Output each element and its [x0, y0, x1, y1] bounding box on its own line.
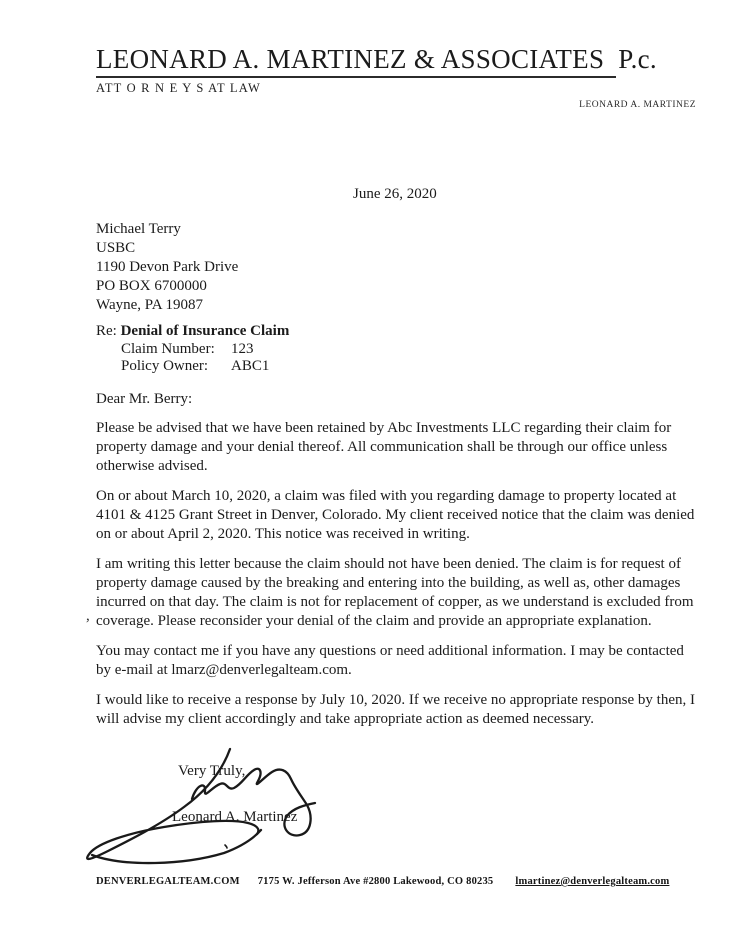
paragraph-denial-wrapper: , I am writing this letter because the c… [96, 555, 696, 631]
subject-re-line: Re: Denial of Insurance Claim [96, 323, 696, 341]
claim-number-label: Claim Number: [121, 341, 231, 359]
valediction: Very Truly, [178, 763, 245, 780]
firm-name-underlined: LEONARD A. MARTINEZ & ASSOCIATES [96, 44, 616, 78]
recipient-city-state-zip: Wayne, PA 19087 [96, 296, 696, 315]
footer-website: DENVERLEGALTEAM.COM [96, 876, 240, 887]
letterhead-attorney-name: LEONARD A. MARTINEZ [96, 100, 696, 110]
recipient-company: USBC [96, 239, 696, 258]
recipient-pobox: PO BOX 6700000 [96, 277, 696, 296]
paragraph-denial-reason: I am writing this letter because the cla… [96, 555, 696, 631]
claim-number-value: 123 [231, 341, 254, 357]
paragraph-response-deadline: I would like to receive a response by Ju… [96, 691, 696, 729]
recipient-street: 1190 Devon Park Drive [96, 258, 696, 277]
margin-stray-mark: , [86, 608, 90, 625]
closing-block: Very Truly, Leonard A. Martinez [96, 757, 696, 889]
letter-content: LEONARD A. MARTINEZ & ASSOCIATESP.c. ATT… [96, 0, 696, 889]
subject-block: Re: Denial of Insurance Claim Claim Numb… [96, 323, 696, 376]
policy-owner-value: ABC1 [231, 358, 269, 374]
letter-page: LEONARD A. MARTINEZ & ASSOCIATESP.c. ATT… [0, 0, 736, 950]
paragraph-claim-filed: On or about March 10, 2020, a claim was … [96, 487, 696, 544]
policy-owner-row: Policy Owner:ABC1 [121, 358, 696, 376]
policy-owner-label: Policy Owner: [121, 358, 231, 376]
footer-address: 7175 W. Jefferson Ave #2800 Lakewood, CO… [258, 876, 494, 887]
letterhead-tagline: ATT O R N E Y S AT LAW [96, 81, 696, 96]
claim-number-row: Claim Number:123 [121, 341, 696, 359]
letterhead-firm-name: LEONARD A. MARTINEZ & ASSOCIATESP.c. [96, 44, 696, 78]
paragraph-contact: You may contact me if you have any quest… [96, 642, 696, 680]
handwritten-signature-image [84, 739, 394, 871]
recipient-address-block: Michael Terry USBC 1190 Devon Park Drive… [96, 220, 696, 315]
letter-date: June 26, 2020 [353, 186, 696, 203]
re-title: Denial of Insurance Claim [121, 323, 290, 339]
footer-email-link[interactable]: lmartinez@denverlegalteam.com [515, 876, 669, 887]
signer-typed-name: Leonard A. Martinez [172, 809, 297, 826]
re-label: Re: [96, 323, 121, 339]
firm-name-suffix: P.c. [618, 44, 657, 74]
salutation: Dear Mr. Berry: [96, 391, 696, 408]
recipient-name: Michael Terry [96, 220, 696, 239]
paragraph-retained: Please be advised that we have been reta… [96, 419, 696, 476]
letter-footer: DENVERLEGALTEAM.COM 7175 W. Jefferson Av… [96, 876, 669, 887]
